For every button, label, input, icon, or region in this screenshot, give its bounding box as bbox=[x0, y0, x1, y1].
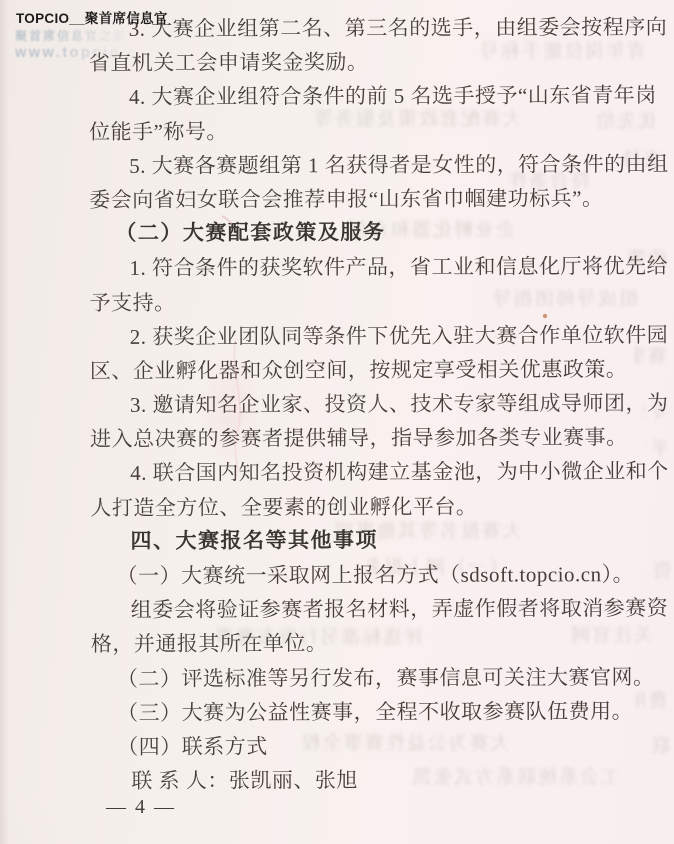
faint-watermark-line1: 聚首席信息官之家 bbox=[15, 27, 149, 44]
text-line: （四）联系方式 bbox=[91, 728, 657, 764]
text-line: 四、大赛报名等其他事项 bbox=[90, 523, 656, 559]
text-line: 2. 获奖企业团队同等条件下优先入驻大赛合作单位软件园 bbox=[90, 318, 656, 354]
scanned-document-page: 青年岗位能手称号大赛配套政策及服务等优先给支持企业孵化器和众创政策组成导师团指导… bbox=[0, 0, 674, 844]
text-line: 位能手”称号。 bbox=[89, 113, 655, 149]
text-line: 联 系 人：张凯丽、张旭 bbox=[91, 762, 657, 798]
text-line: （二）大赛配套政策及服务 bbox=[89, 215, 655, 251]
text-line: （一）大赛统一采取网上报名方式（sdsoft.topcio.cn）。 bbox=[91, 557, 657, 593]
faint-watermark-line2: www.topcio.cn bbox=[15, 45, 149, 61]
text-line: 组委会将验证参赛者报名材料，弄虚作假者将取消参赛资 bbox=[91, 591, 657, 627]
text-line: 3. 邀请知名企业家、投资人、技术专家等组成导师团，为 bbox=[90, 386, 656, 422]
document-body: 3. 大赛企业组第二名、第三名的选手，由组委会按程序向省直机关工会申请奖金奖励。… bbox=[89, 10, 658, 798]
text-line: 1. 符合条件的获奖软件产品，省工业和信息化厅将优先给 bbox=[89, 249, 655, 285]
text-line: 3. 大赛企业组第二名、第三名的选手，由组委会按程序向 bbox=[89, 10, 655, 46]
text-line: 人打造全方位、全要素的创业孵化平台。 bbox=[90, 489, 656, 525]
text-line: 区、企业孵化器和众创空间，按规定享受相关优惠政策。 bbox=[90, 352, 656, 388]
text-line: （二）评选标准等另行发布，赛事信息可关注大赛官网。 bbox=[91, 660, 657, 696]
text-line: 4. 大赛企业组符合条件的前 5 名选手授予“山东省青年岗 bbox=[89, 78, 655, 114]
faint-site-watermark: 聚首席信息官之家 www.topcio.cn bbox=[15, 27, 149, 61]
text-line: 省直机关工会申请奖金奖励。 bbox=[89, 44, 655, 80]
topcio-watermark-title: TOPCIO__聚首席信息官 bbox=[16, 7, 168, 27]
text-line: 格，并通报其所在单位。 bbox=[91, 625, 657, 661]
page-number: — 4 — bbox=[106, 796, 176, 819]
text-line: （三）大赛为公益性赛事，全程不收取参赛队伍费用。 bbox=[91, 694, 657, 730]
text-line: 4. 联合国内知名投资机构建立基金池，为中小微企业和个 bbox=[90, 454, 656, 490]
text-line: 委会向省妇女联合会推荐申报“山东省巾帼建功标兵”。 bbox=[89, 181, 655, 217]
text-line: 予支持。 bbox=[90, 284, 656, 320]
text-line: 5. 大赛各赛题组第 1 名获得者是女性的，符合条件的由组 bbox=[89, 147, 655, 183]
text-line: 进入总决赛的参赛者提供辅导，指导参加各类专业赛事。 bbox=[90, 420, 656, 456]
